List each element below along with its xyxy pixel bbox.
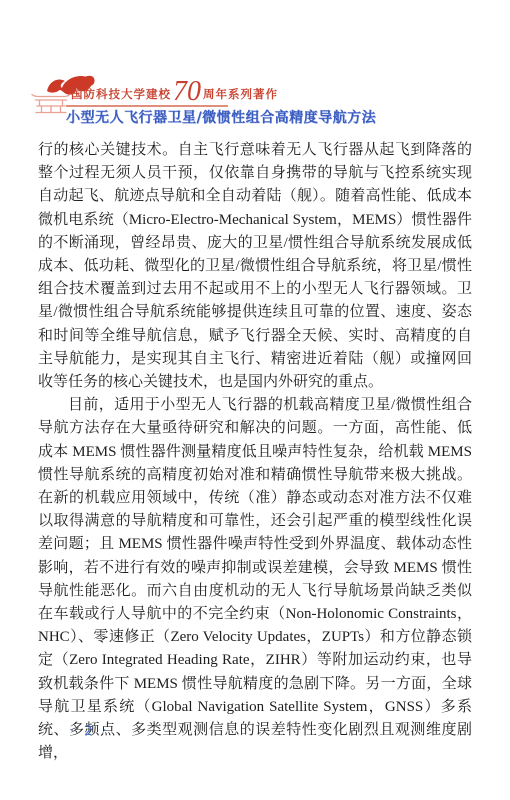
series-title: 国防科技大学建校70周年系列著作: [71, 80, 278, 103]
series-prefix: 国防科技大学建校: [71, 86, 171, 103]
page-number: · 2 ·: [70, 724, 110, 739]
paragraph-continued: 行的核心关键技术。自主飞行意味着无人飞行器从起飞到降落的整个过程无须人员干预，仅…: [38, 139, 472, 394]
book-page: 国防科技大学建校70周年系列著作 小型无人飞行器卫星/微惯性组合高精度导航方法 …: [0, 0, 510, 800]
page-body: 行的核心关键技术。自主飞行意味着无人飞行器从起飞到降落的整个过程无须人员干预，仅…: [38, 139, 472, 765]
series-anniversary-number: 70: [171, 81, 203, 103]
series-suffix: 周年系列著作: [203, 86, 278, 103]
gate-icon: [32, 95, 70, 113]
book-title: 小型无人飞行器卫星/微惯性组合高精度导航方法: [66, 107, 376, 127]
paragraph-second: 目前，适用于小型无人飞行器的机载高精度卫星/微惯性组合导航方法存在大量亟待研究和…: [38, 394, 472, 765]
